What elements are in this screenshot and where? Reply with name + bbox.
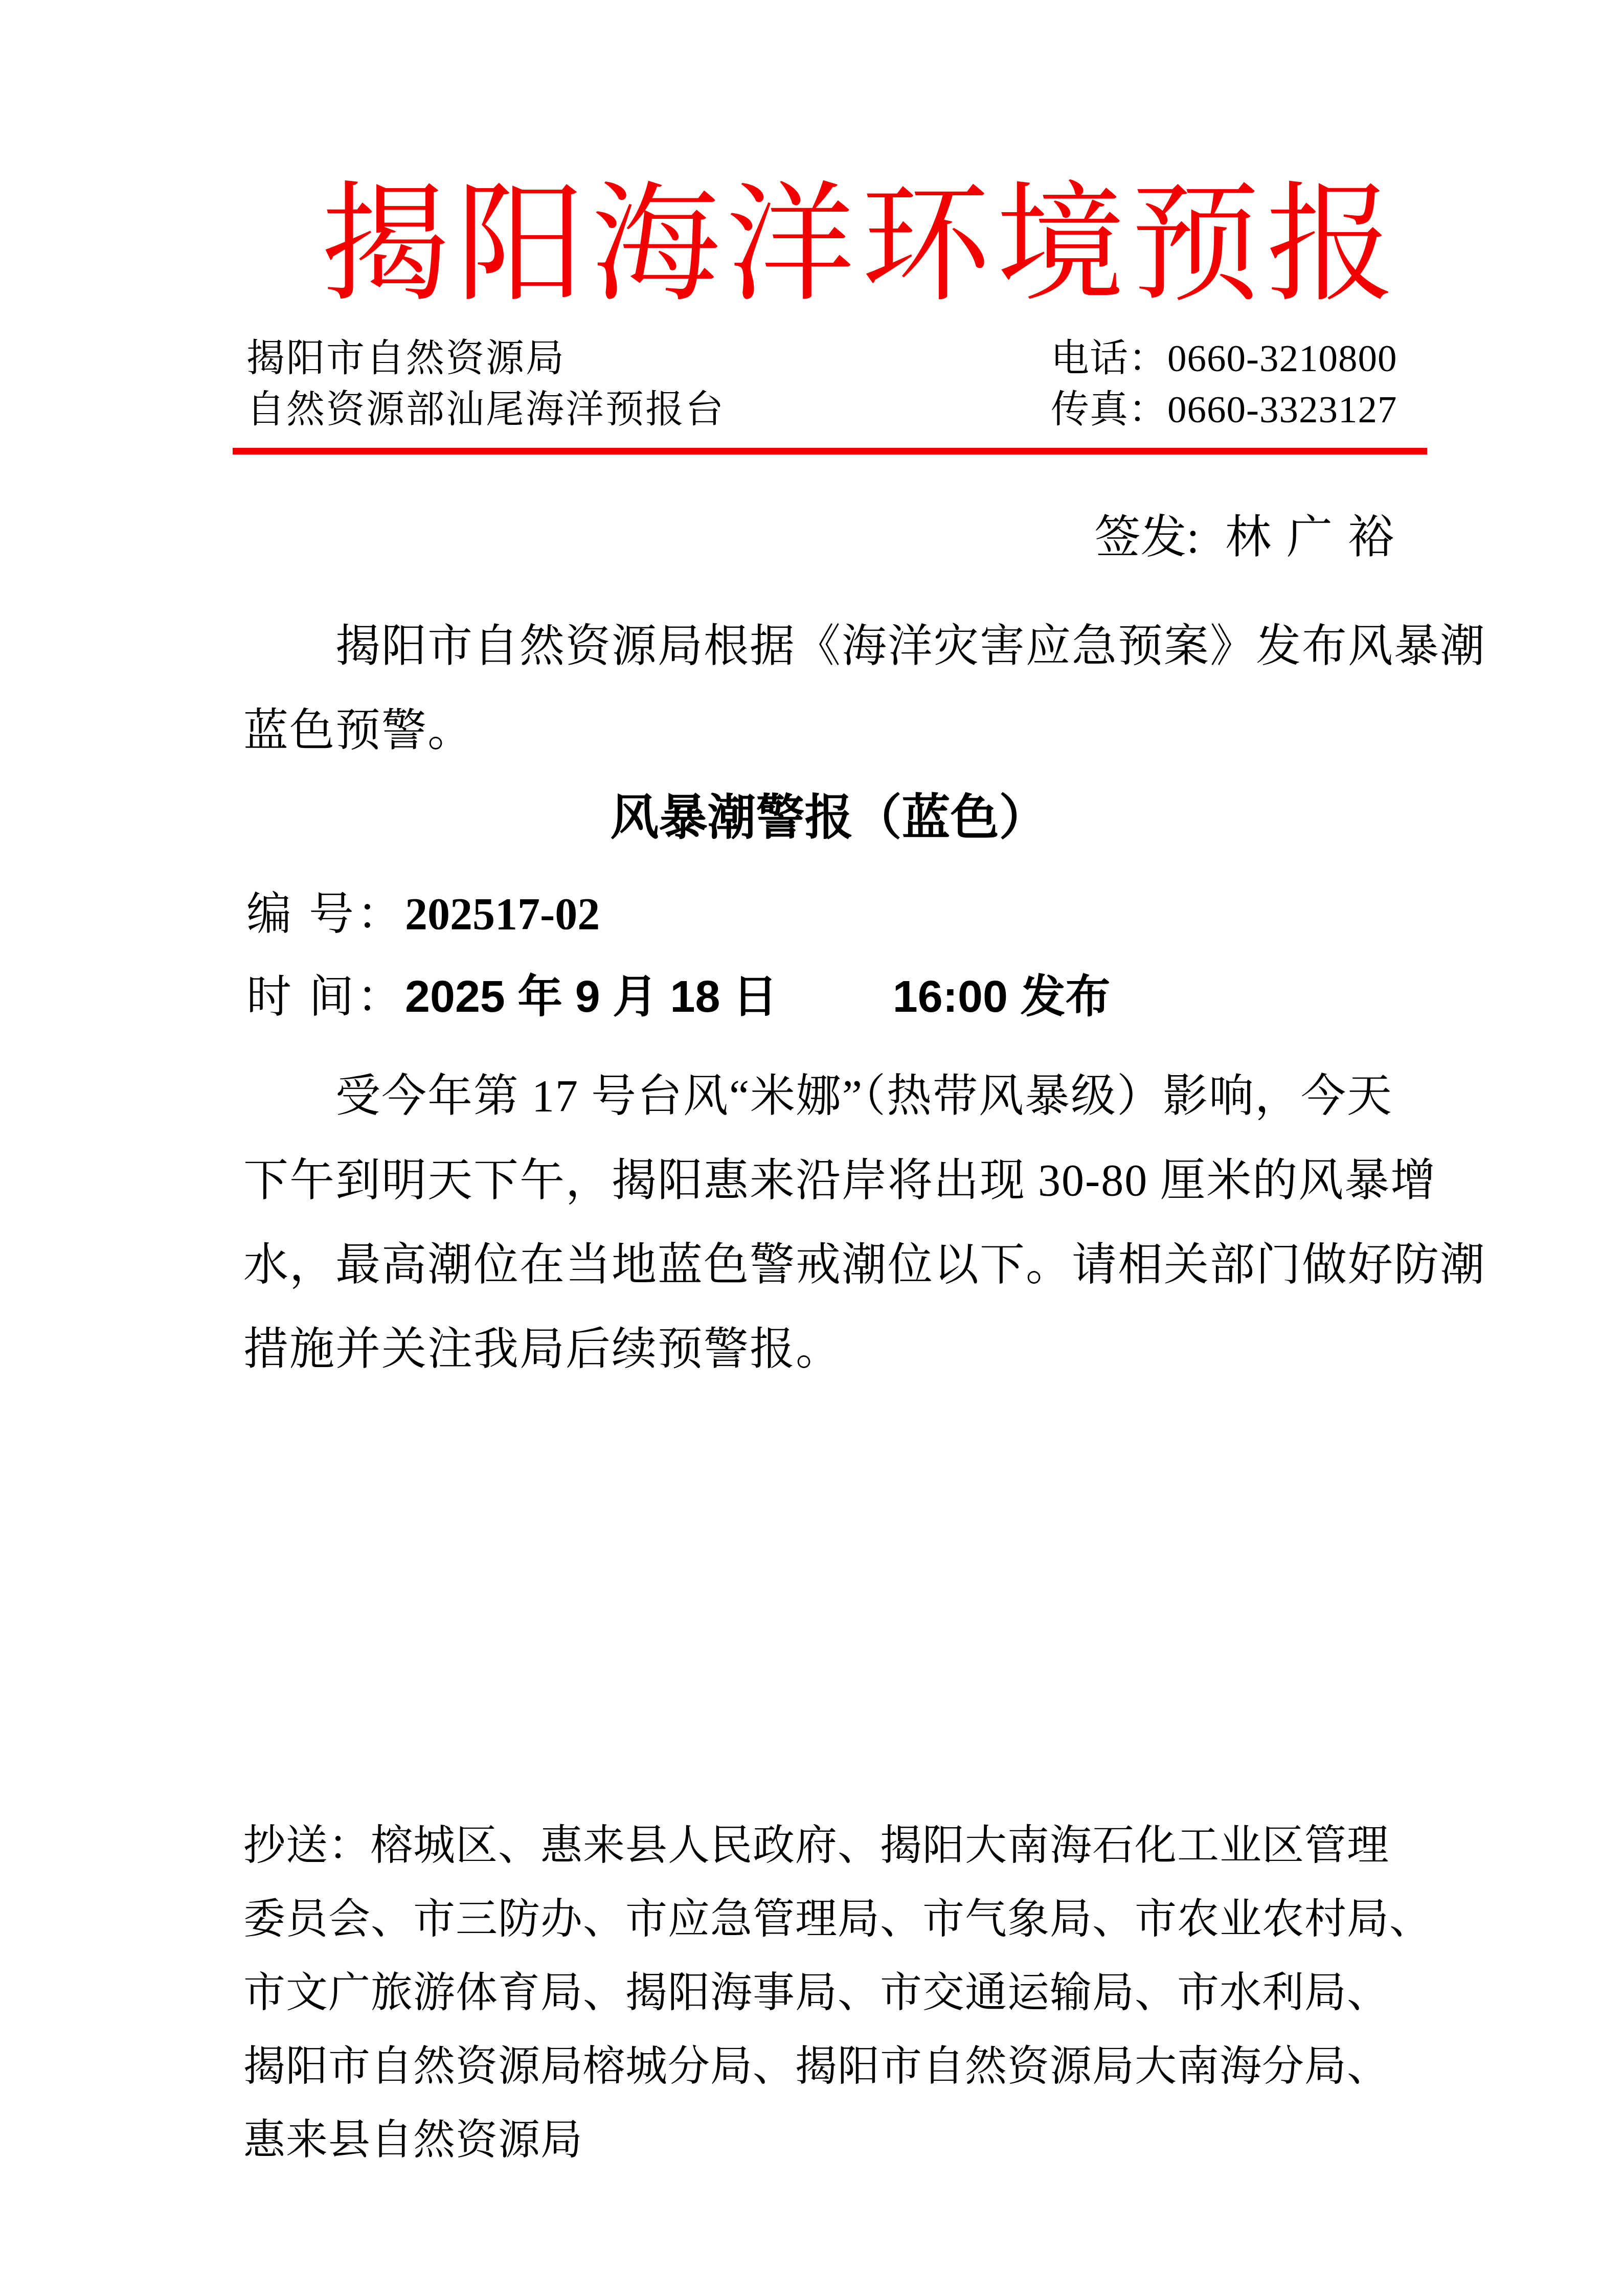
phone-line: 电话：0660-3210800 bbox=[1051, 333, 1397, 384]
issuer-org-secondary: 自然资源部汕尾海洋预报台 bbox=[246, 384, 725, 436]
page-title: 揭阳海洋环境预报 bbox=[321, 178, 1401, 313]
alert-title: 风暴潮警报（蓝色） bbox=[243, 791, 1414, 845]
report-time-line: 时 间：2025 年 9 月 18 日16:00 发布 bbox=[246, 970, 1110, 1023]
body-line: 措施并关注我局后续预警报。 bbox=[243, 1307, 1419, 1392]
cc-line: 惠来县自然资源局 bbox=[243, 2103, 1430, 2177]
cc-block: 抄送：榕城区、惠来县人民政府、揭阳大南海石化工业区管理 委员会、市三防办、市应急… bbox=[243, 1809, 1430, 2177]
report-number-label: 编 号： bbox=[246, 890, 405, 939]
body-line: 水，最高潮位在当地蓝色警戒潮位以下。请相关部门做好防潮 bbox=[243, 1223, 1419, 1307]
cc-line: 市文广旅游体育局、揭阳海事局、市交通运输局、市水利局、 bbox=[243, 1956, 1430, 2030]
issuer-org-primary: 揭阳市自然资源局 bbox=[246, 333, 725, 384]
signer-name: 林广裕 bbox=[1225, 512, 1409, 563]
signer-label: 签发: bbox=[1094, 512, 1199, 563]
divider-line bbox=[233, 448, 1427, 454]
cc-line: 抄送：榕城区、惠来县人民政府、揭阳大南海石化工业区管理 bbox=[243, 1809, 1430, 1882]
report-number-value: 202517-02 bbox=[405, 890, 600, 939]
cc-line: 揭阳市自然资源局榕城分局、揭阳市自然资源局大南海分局、 bbox=[243, 2030, 1430, 2103]
intro-line: 蓝色预警。 bbox=[243, 689, 1419, 773]
cc-line: 委员会、市三防办、市应急管理局、市气象局、市农业农村局、 bbox=[243, 1882, 1430, 1956]
body-line: 下午到明天下午，揭阳惠来沿岸将出现 30-80 厘米的风暴增 bbox=[243, 1139, 1419, 1223]
intro-line: 揭阳市自然资源局根据《海洋灾害应急预案》发布风暴潮 bbox=[243, 604, 1419, 689]
report-time-value: 16:00 发布 bbox=[893, 971, 1111, 1021]
report-time-date: 2025 年 9 月 18 日 bbox=[405, 971, 778, 1021]
signer-line: 签发: 林广裕 bbox=[243, 512, 1409, 563]
issuer-block: 揭阳市自然资源局 自然资源部汕尾海洋预报台 bbox=[246, 333, 725, 436]
report-time-label: 时 间： bbox=[246, 972, 405, 1022]
report-number-line: 编 号：202517-02 bbox=[246, 889, 600, 940]
body-paragraph: 受今年第 17 号台风“米娜”（热带风暴级）影响，今天 下午到明天下午，揭阳惠来… bbox=[243, 1054, 1419, 1392]
document-page: 揭阳海洋环境预报 揭阳市自然资源局 自然资源部汕尾海洋预报台 电话：0660-3… bbox=[0, 0, 1624, 2296]
intro-paragraph: 揭阳市自然资源局根据《海洋灾害应急预案》发布风暴潮 蓝色预警。 bbox=[243, 604, 1419, 773]
body-line: 受今年第 17 号台风“米娜”（热带风暴级）影响，今天 bbox=[243, 1054, 1419, 1139]
contact-block: 电话：0660-3210800 传真：0660-3323127 bbox=[1051, 333, 1397, 436]
fax-line: 传真：0660-3323127 bbox=[1051, 384, 1397, 436]
